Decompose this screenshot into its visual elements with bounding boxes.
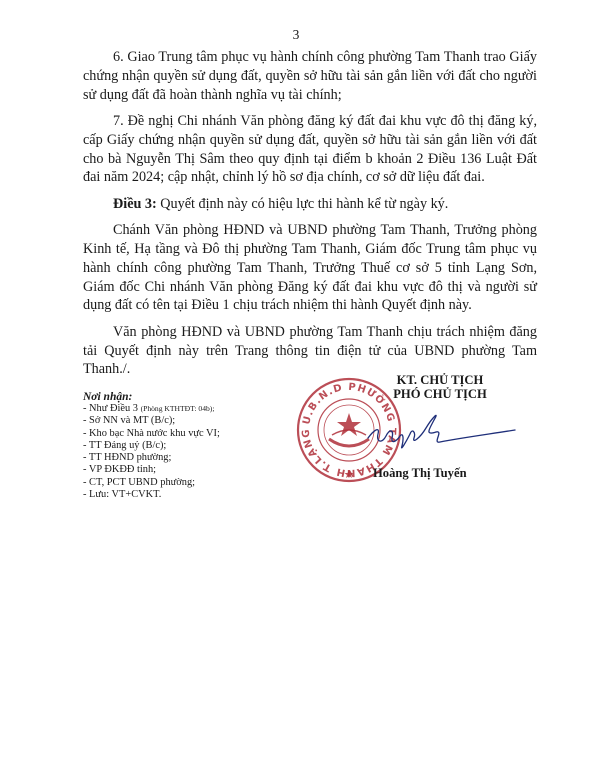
- signature-title-1: KT. CHỦ TỊCH: [360, 373, 520, 387]
- recipient-item: - VP ĐKĐĐ tỉnh;: [83, 464, 220, 476]
- signature-block: KT. CHỦ TỊCH PHÓ CHỦ TỊCH: [360, 373, 520, 401]
- recipients-block: Nơi nhận: - Như Điều 3 (Phòng KTHTĐT: 04…: [83, 391, 220, 501]
- article-3-label: Điều 3:: [113, 196, 157, 212]
- paragraph-responsibility: Chánh Văn phòng HĐND và UBND phường Tam …: [83, 221, 537, 315]
- page-number: 3: [0, 27, 592, 43]
- recipient-item: - CT, PCT UBND phường;: [83, 477, 220, 489]
- recipient-item: - Sở NN và MT (B/c);: [83, 415, 220, 427]
- document-body: 6. Giao Trung tâm phục vụ hành chính côn…: [83, 48, 537, 387]
- recipient-item: - Như Điều 3 (Phòng KTHTĐT: 04b);: [83, 403, 220, 415]
- article-3-text: Quyết định này có hiệu lực thi hành kể t…: [157, 196, 449, 212]
- recipient-item: - Kho bạc Nhà nước khu vực VI;: [83, 428, 220, 440]
- paragraph-item-7: 7. Đề nghị Chi nhánh Văn phòng đăng ký đ…: [83, 112, 537, 187]
- recipient-item: - TT Đảng uỷ (B/c);: [83, 440, 220, 452]
- signature-title-2: PHÓ CHỦ TỊCH: [360, 387, 520, 401]
- recipients-title: Nơi nhận:: [83, 391, 220, 403]
- paragraph-article-3: Điều 3: Quyết định này có hiệu lực thi h…: [83, 195, 537, 214]
- signer-name: Hoàng Thị Tuyến: [373, 466, 467, 481]
- handwritten-signature-icon: [360, 408, 520, 454]
- recipient-item: - Lưu: VT+CVKT.: [83, 489, 220, 501]
- paragraph-item-6: 6. Giao Trung tâm phục vụ hành chính côn…: [83, 48, 537, 104]
- recipient-item: - TT HĐND phường;: [83, 452, 220, 464]
- paragraph-publication: Văn phòng HĐND và UBND phường Tam Thanh …: [83, 323, 537, 379]
